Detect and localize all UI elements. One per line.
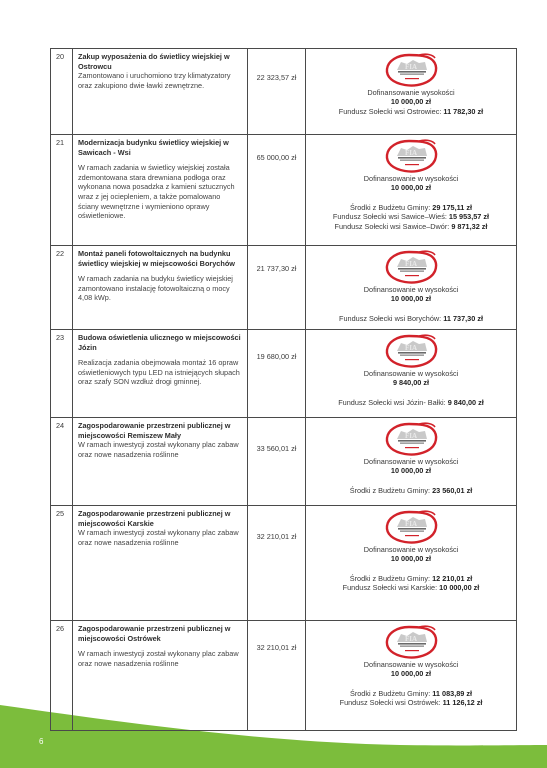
grant-amount: 10 000,00 zł [306, 554, 516, 563]
task-description: Zamontowano i uruchomiono trzy klimatyza… [78, 71, 243, 90]
task-cost: 65 000,00 zł [248, 153, 305, 163]
task-cost-cell: 22 323,57 zł [248, 49, 306, 135]
funding-details: Dofinansowanie w wysokości 9 840,00 zł F… [306, 369, 516, 407]
grant-label: Dofinansowanie w wysokości [306, 457, 516, 466]
funding-cell: FIA Dofinansowanie wysokości 10 000,00 z… [306, 49, 517, 135]
grant-amount: 10 000,00 zł [306, 294, 516, 303]
task-cost: 32 210,01 zł [248, 643, 305, 653]
funding-details: Dofinansowanie wysokości 10 000,00 zł Fu… [306, 88, 516, 116]
lgd-logo-icon: FIA [383, 333, 439, 369]
task-title: Zakup wyposażenia do świetlicy wiejskiej… [78, 52, 243, 71]
tasks-table: 20 Zakup wyposażenia do świetlicy wiejsk… [50, 48, 517, 731]
task-cost-cell: 32 210,01 zł [248, 506, 306, 621]
funding-source: Fundusz Sołecki wsi Sawice–Wieś: 15 953,… [306, 212, 516, 221]
task-description-cell: Montaż paneli fotowoltaicznych na budynk… [73, 246, 248, 330]
task-title: Montaż paneli fotowoltaicznych na budynk… [78, 249, 243, 268]
grant-label: Dofinansowanie w wysokości [306, 369, 516, 378]
task-cost: 19 680,00 zł [248, 352, 305, 362]
grant-label: Dofinansowanie w wysokości [306, 174, 516, 183]
row-number: 22 [51, 246, 73, 330]
grant-label: Dofinansowanie w wysokości [306, 660, 516, 669]
task-description-cell: Zagospodarowanie przestrzeni publicznej … [73, 418, 248, 506]
grant-label: Dofinansowanie wysokości [306, 88, 516, 97]
grant-amount: 10 000,00 zł [306, 97, 516, 106]
task-description-cell: Zagospodarowanie przestrzeni publicznej … [73, 506, 248, 621]
table-row: 24 Zagospodarowanie przestrzeni publiczn… [51, 418, 517, 506]
task-description: W ramach zadania na budyku świetlicy wie… [78, 274, 243, 303]
page-number: 6 [39, 737, 43, 746]
task-description: W ramach inwestycji został wykonany plac… [78, 440, 243, 459]
grant-amount: 10 000,00 zł [306, 669, 516, 678]
svg-text:FIA: FIA [405, 260, 417, 268]
task-title: Modernizacja budynku świetlicy wiejskiej… [78, 138, 243, 157]
task-cost-cell: 65 000,00 zł [248, 135, 306, 246]
task-cost-cell: 32 210,01 zł [248, 621, 306, 731]
funding-details: Dofinansowanie w wysokości 10 000,00 zł … [306, 660, 516, 708]
grant-label: Dofinansowanie w wysokości [306, 285, 516, 294]
row-number: 21 [51, 135, 73, 246]
task-cost: 22 323,57 zł [248, 73, 305, 83]
funding-details: Dofinansowanie w wysokości 10 000,00 zł … [306, 285, 516, 323]
row-number: 25 [51, 506, 73, 621]
table-row: 25 Zagospodarowanie przestrzeni publiczn… [51, 506, 517, 621]
svg-text:FIA: FIA [405, 63, 417, 71]
lgd-logo-icon: FIA [383, 52, 439, 88]
svg-text:FIA: FIA [405, 520, 417, 528]
grant-amount: 10 000,00 zł [306, 466, 516, 475]
task-cost-cell: 19 680,00 zł [248, 330, 306, 418]
task-description: W ramach inwestycji został wykonany plac… [78, 649, 243, 668]
row-number: 26 [51, 621, 73, 731]
funding-details: Dofinansowanie w wysokości 10 000,00 zł … [306, 545, 516, 593]
svg-text:FIA: FIA [405, 344, 417, 352]
funding-source: Fundusz Sołecki wsi Ostrowiec: 11 782,30… [306, 107, 516, 116]
row-number: 23 [51, 330, 73, 418]
grant-label: Dofinansowanie w wysokości [306, 545, 516, 554]
row-number: 24 [51, 418, 73, 506]
lgd-logo-icon: FIA [383, 624, 439, 660]
task-cost: 33 560,01 zł [248, 444, 305, 454]
task-description-cell: Zagospodarowanie przestrzeni publicznej … [73, 621, 248, 731]
lgd-logo-icon: FIA [383, 249, 439, 285]
task-description-cell: Budowa oświetlenia ulicznego w miejscowo… [73, 330, 248, 418]
task-description: Realizacja zadania obejmowała montaż 16 … [78, 358, 243, 387]
grant-amount: 9 840,00 zł [306, 378, 516, 387]
svg-text:FIA: FIA [405, 149, 417, 157]
funding-source: Środki z Budżetu Gminy: 12 210,01 zł [306, 574, 516, 583]
funding-cell: FIA Dofinansowanie w wysokości 10 000,00… [306, 418, 517, 506]
funding-source: Środki z Budżetu Gminy: 23 560,01 zł [306, 486, 516, 495]
task-description: W ramach inwestycji został wykonany plac… [78, 528, 243, 547]
task-title: Zagospodarowanie przestrzeni publicznej … [78, 421, 243, 440]
task-description: W ramach zadania w świetlicy wiejskiej z… [78, 163, 243, 221]
funding-cell: FIA Dofinansowanie w wysokości 10 000,00… [306, 246, 517, 330]
funding-cell: FIA Dofinansowanie w wysokości 10 000,00… [306, 621, 517, 731]
row-number: 20 [51, 49, 73, 135]
lgd-logo-icon: FIA [383, 509, 439, 545]
funding-source: Fundusz Sołecki wsi Karskie: 10 000,00 z… [306, 583, 516, 592]
lgd-logo-icon: FIA [383, 138, 439, 174]
funding-source: Fundusz Sołecki wsi Sawice–Dwór: 9 871,3… [306, 222, 516, 231]
task-cost: 21 737,30 zł [248, 264, 305, 274]
funding-source: Środki z Budżetu Gminy: 11 083,89 zł [306, 689, 516, 698]
task-title: Budowa oświetlenia ulicznego w miejscowo… [78, 333, 243, 352]
funding-source: Fundusz Sołecki wsi Borychów: 11 737,30 … [306, 314, 516, 323]
task-cost-cell: 21 737,30 zł [248, 246, 306, 330]
funding-cell: FIA Dofinansowanie w wysokości 9 840,00 … [306, 330, 517, 418]
table-row: 22 Montaż paneli fotowoltaicznych na bud… [51, 246, 517, 330]
table-row: 23 Budowa oświetlenia ulicznego w miejsc… [51, 330, 517, 418]
funding-source: Fundusz Sołecki wsi Józin- Bałki: 9 840,… [306, 398, 516, 407]
task-description-cell: Modernizacja budynku świetlicy wiejskiej… [73, 135, 248, 246]
svg-text:FIA: FIA [405, 432, 417, 440]
table-row: 21 Modernizacja budynku świetlicy wiejsk… [51, 135, 517, 246]
funding-cell: FIA Dofinansowanie w wysokości 10 000,00… [306, 506, 517, 621]
funding-source: Środki z Budżetu Gminy: 29 175,11 zł [306, 203, 516, 212]
lgd-logo-icon: FIA [383, 421, 439, 457]
task-cost-cell: 33 560,01 zł [248, 418, 306, 506]
task-title: Zagospodarowanie przestrzeni publicznej … [78, 509, 243, 528]
table-row: 26 Zagospodarowanie przestrzeni publiczn… [51, 621, 517, 731]
funding-cell: FIA Dofinansowanie w wysokości 10 000,00… [306, 135, 517, 246]
svg-text:FIA: FIA [405, 635, 417, 643]
funding-details: Dofinansowanie w wysokości 10 000,00 zł … [306, 457, 516, 495]
task-cost: 32 210,01 zł [248, 532, 305, 542]
table-row: 20 Zakup wyposażenia do świetlicy wiejsk… [51, 49, 517, 135]
funding-details: Dofinansowanie w wysokości 10 000,00 zł … [306, 174, 516, 231]
grant-amount: 10 000,00 zł [306, 183, 516, 192]
task-title: Zagospodarowanie przestrzeni publicznej … [78, 624, 243, 643]
funding-source: Fundusz Sołecki wsi Ostrówek: 11 126,12 … [306, 698, 516, 707]
task-description-cell: Zakup wyposażenia do świetlicy wiejskiej… [73, 49, 248, 135]
